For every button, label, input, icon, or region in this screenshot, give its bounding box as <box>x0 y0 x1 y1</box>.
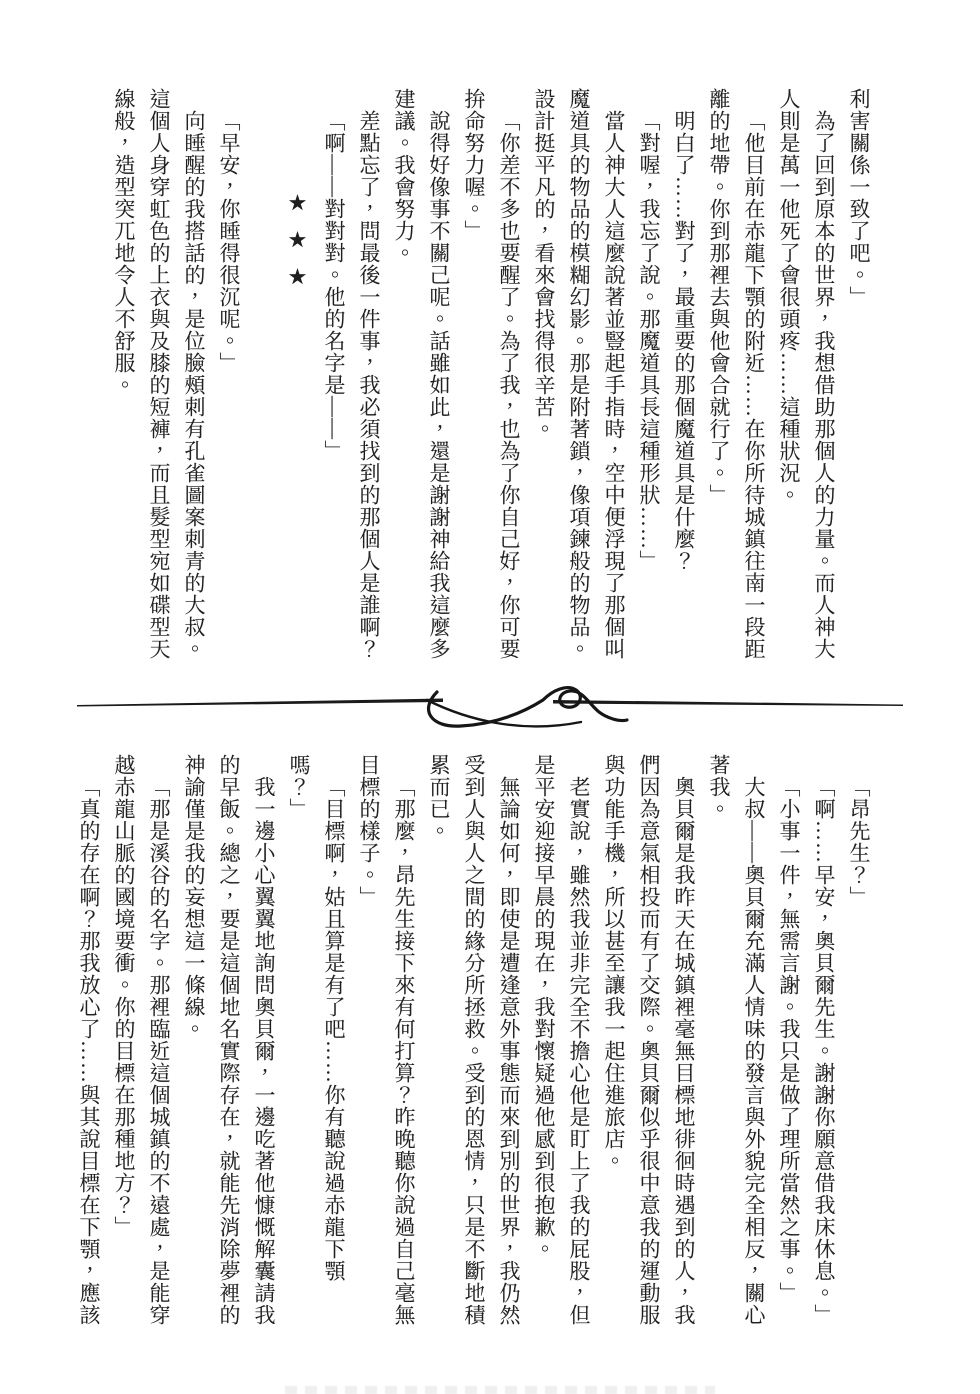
divider-right-line <box>553 700 903 706</box>
paragraph: 「他目前在赤龍下顎的附近……在你所待城鎮往南一段距離的地帶。你到那裡去與他會合就… <box>701 88 771 661</box>
paragraph: 「昂先生？」 <box>841 754 876 1327</box>
flourish-ornament <box>75 676 905 732</box>
paragraph: 「小事一件，無需言謝。我只是做了理所當然之事。」 <box>771 754 806 1327</box>
scene-break-stars: ★★★ <box>281 88 316 661</box>
page-bottom-bleed-artifact <box>285 1386 715 1394</box>
paragraph: 「那是溪谷的名字。那裡臨近這個城鎮的不遠處，是能穿越赤龍山脈的國境要衝。你的目標… <box>106 754 176 1327</box>
flourish-main-stroke <box>429 688 627 727</box>
flourish-cross-stroke <box>427 700 581 726</box>
paragraph: 說得好像事不關己呢。話雖如此，還是謝謝神給我這麼多建議。我會努力。 <box>386 88 456 661</box>
paragraph: 向睡醒的我搭話的，是位臉頰刺有孔雀圖案刺青的大叔。這個人身穿虹色的上衣與及膝的短… <box>106 88 211 661</box>
bottom-text-section: 「昂先生？」「啊……早安，奧貝爾先生。謝謝你願意借我床休息。」「小事一件，無需言… <box>71 754 876 1327</box>
paragraph: 「目標啊，姑且算是有了吧……你有聽說過赤龍下顎嗎？」 <box>281 754 351 1327</box>
paragraph: 差點忘了，問最後一件事，我必須找到的那個人是誰啊？ <box>351 88 386 661</box>
paragraph: 老實說，雖然我並非完全不擔心他是盯上了我的屁股，但是平安迎接早晨的現在，我對懷疑… <box>526 754 596 1327</box>
paragraph: 「你差不多也要醒了。為了我，也為了你自己好，你可要拚命努力喔。」 <box>456 88 526 661</box>
top-text-section: 利害關係一致了吧。」為了回到原本的世界，我想借助那個人的力量。而人神大人則是萬一… <box>106 88 876 661</box>
section-divider <box>75 676 905 732</box>
paragraph: 無論如何，即使是遭逢意外事態而來到別的世界，我仍然受到人與人之間的緣分所拯救。受… <box>421 754 526 1327</box>
paragraph: 「那麼，昂先生接下來有何打算？昨晚聽你說過自己毫無目標的樣子。」 <box>351 754 421 1327</box>
paragraph: 當人神大人這麼說著並豎起手指時，空中便浮現了那個叫魔道具的物品的模糊幻影。那是附… <box>526 88 631 661</box>
divider-left-line <box>77 699 443 707</box>
paragraph: 「啊……早安，奧貝爾先生。謝謝你願意借我床休息。」 <box>806 754 841 1327</box>
paragraph: 大叔——奧貝爾充滿人情味的發言與外貌完全相反，關心著我。 <box>701 754 771 1327</box>
paragraph: 「早安，你睡得很沉呢。」 <box>211 88 246 661</box>
paragraph: 利害關係一致了吧。」 <box>841 88 876 661</box>
paragraph: 「對喔，我忘了說。那魔道具長這種形狀……」 <box>631 88 666 661</box>
paragraph: 明白了……對了，最重要的那個魔道具是什麼？ <box>666 88 701 661</box>
paragraph: 「啊——對對對。他的名字是——」 <box>316 88 351 661</box>
paragraph: 「真的存在啊？那我放心了……與其說目標在下顎，應該 <box>71 754 106 1327</box>
novel-page: 利害關係一致了吧。」為了回到原本的世界，我想借助那個人的力量。而人神大人則是萬一… <box>0 0 980 1394</box>
paragraph: 我一邊小心翼翼地詢問奧貝爾，一邊吃著他慷慨解囊請我的早飯。總之，要是這個地名實際… <box>176 754 281 1327</box>
paragraph: 奧貝爾是我昨天在城鎮裡毫無目標地徘徊時遇到的人，我們因為意氣相投而有了交際。奧貝… <box>596 754 701 1327</box>
paragraph: 為了回到原本的世界，我想借助那個人的力量。而人神大人則是萬一他死了會很頭疼……這… <box>771 88 841 661</box>
